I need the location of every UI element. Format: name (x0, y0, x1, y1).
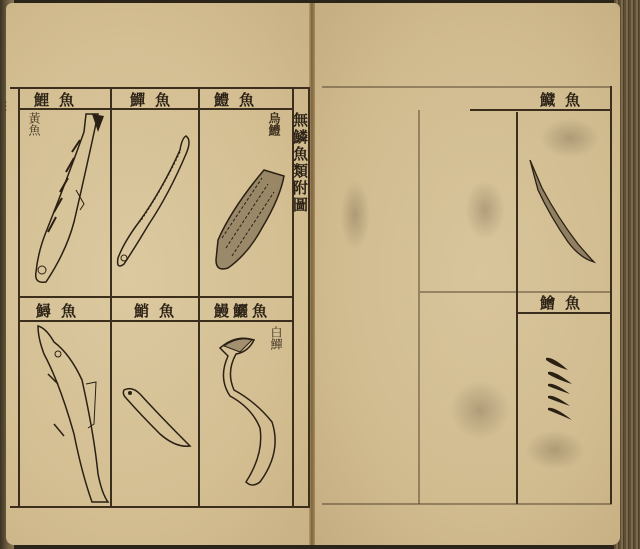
grid-row-divider (18, 296, 293, 298)
fish-needlefish-illustration (528, 158, 598, 264)
book-spine (309, 3, 315, 545)
grid-left-border (18, 87, 20, 507)
side-note: 烏鱧 (266, 112, 283, 136)
margin-text: … (2, 100, 16, 112)
book-spread: 鯉魚 鱓魚 鱧魚 鱘魚 鮹魚 鰻鱺魚 黃魚 白鱓 烏鱧 無鱗魚類附圖 … (0, 0, 640, 549)
bleed-through-mark (450, 380, 510, 440)
grid-top-border (322, 86, 612, 88)
cell-label-r1c2: 鱓魚 (130, 89, 180, 110)
cell-label-r1c3: 鱵魚 (540, 89, 590, 110)
grid-col-divider-2 (198, 87, 200, 507)
fish-school-illustration (544, 356, 594, 422)
bleed-through-mark (540, 118, 600, 158)
cell-label-r1c1: 鯉魚 (34, 89, 84, 110)
cell-label-r2c1: 鱘魚 (36, 300, 86, 321)
fish-large-illustration (34, 324, 114, 504)
bleed-through-mark (340, 180, 370, 250)
bleed-through-mark (465, 180, 505, 240)
grid-col-divider-2 (516, 112, 518, 504)
cell-label-r1c3: 鱧魚 (214, 89, 264, 110)
grid-bottom-border (10, 506, 310, 508)
fish-sturgeon-illustration (26, 112, 106, 292)
grid-bottom-border (322, 503, 612, 505)
side-title: 無鱗魚類附圖 (290, 112, 311, 214)
bleed-through-mark (525, 430, 585, 470)
grid-col-divider-1 (418, 110, 420, 504)
fish-moray-illustration (216, 332, 292, 492)
grid-right-border (610, 86, 612, 504)
fish-snakehead-illustration (212, 168, 286, 274)
cell-label-r2c2: 鮹魚 (134, 300, 184, 321)
fish-eel-illustration (114, 134, 194, 274)
cell-label-r2c3: 鱠魚 (540, 292, 590, 313)
fish-small-eel-illustration (120, 386, 196, 456)
cell-label-r2c3: 鰻鱺魚 (214, 300, 271, 321)
